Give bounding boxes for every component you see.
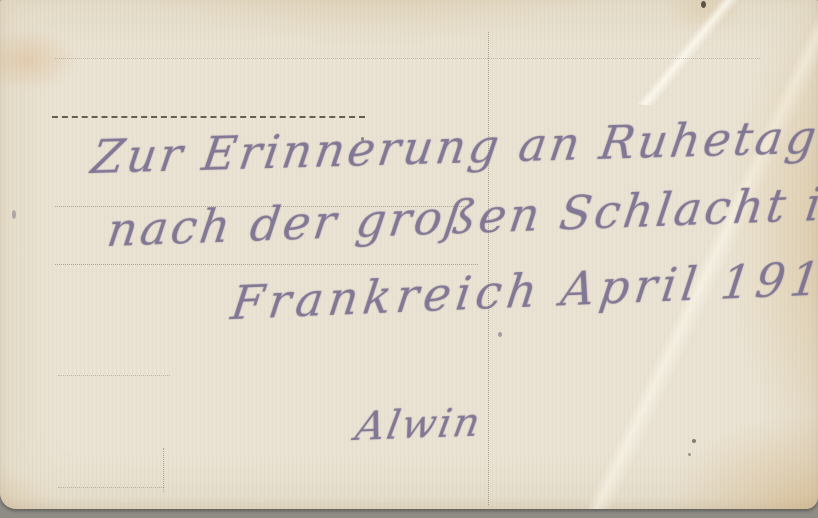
printed-address-rule-2 (55, 264, 478, 265)
pencil-speck (361, 137, 364, 141)
printed-stamp-box-rule-vertical (163, 448, 164, 492)
pencil-speck (12, 210, 16, 219)
paper-speck (692, 439, 696, 443)
paper-speck (701, 1, 706, 8)
scanned-photo-back: Zur Erinnerung an Ruhetage. nach der gro… (0, 0, 818, 518)
pencil-speck (498, 332, 502, 337)
handwriting-signature: Alwin (352, 400, 485, 450)
postcard-paper: Zur Erinnerung an Ruhetage. nach der gro… (0, 0, 818, 509)
paper-crease (626, 0, 754, 112)
printed-rule-top (55, 58, 760, 59)
paper-speck (688, 453, 691, 456)
printed-stamp-box-rule-2 (58, 487, 164, 488)
printed-rule-heavy (52, 116, 365, 118)
printed-stamp-box-rule-1 (58, 375, 170, 376)
